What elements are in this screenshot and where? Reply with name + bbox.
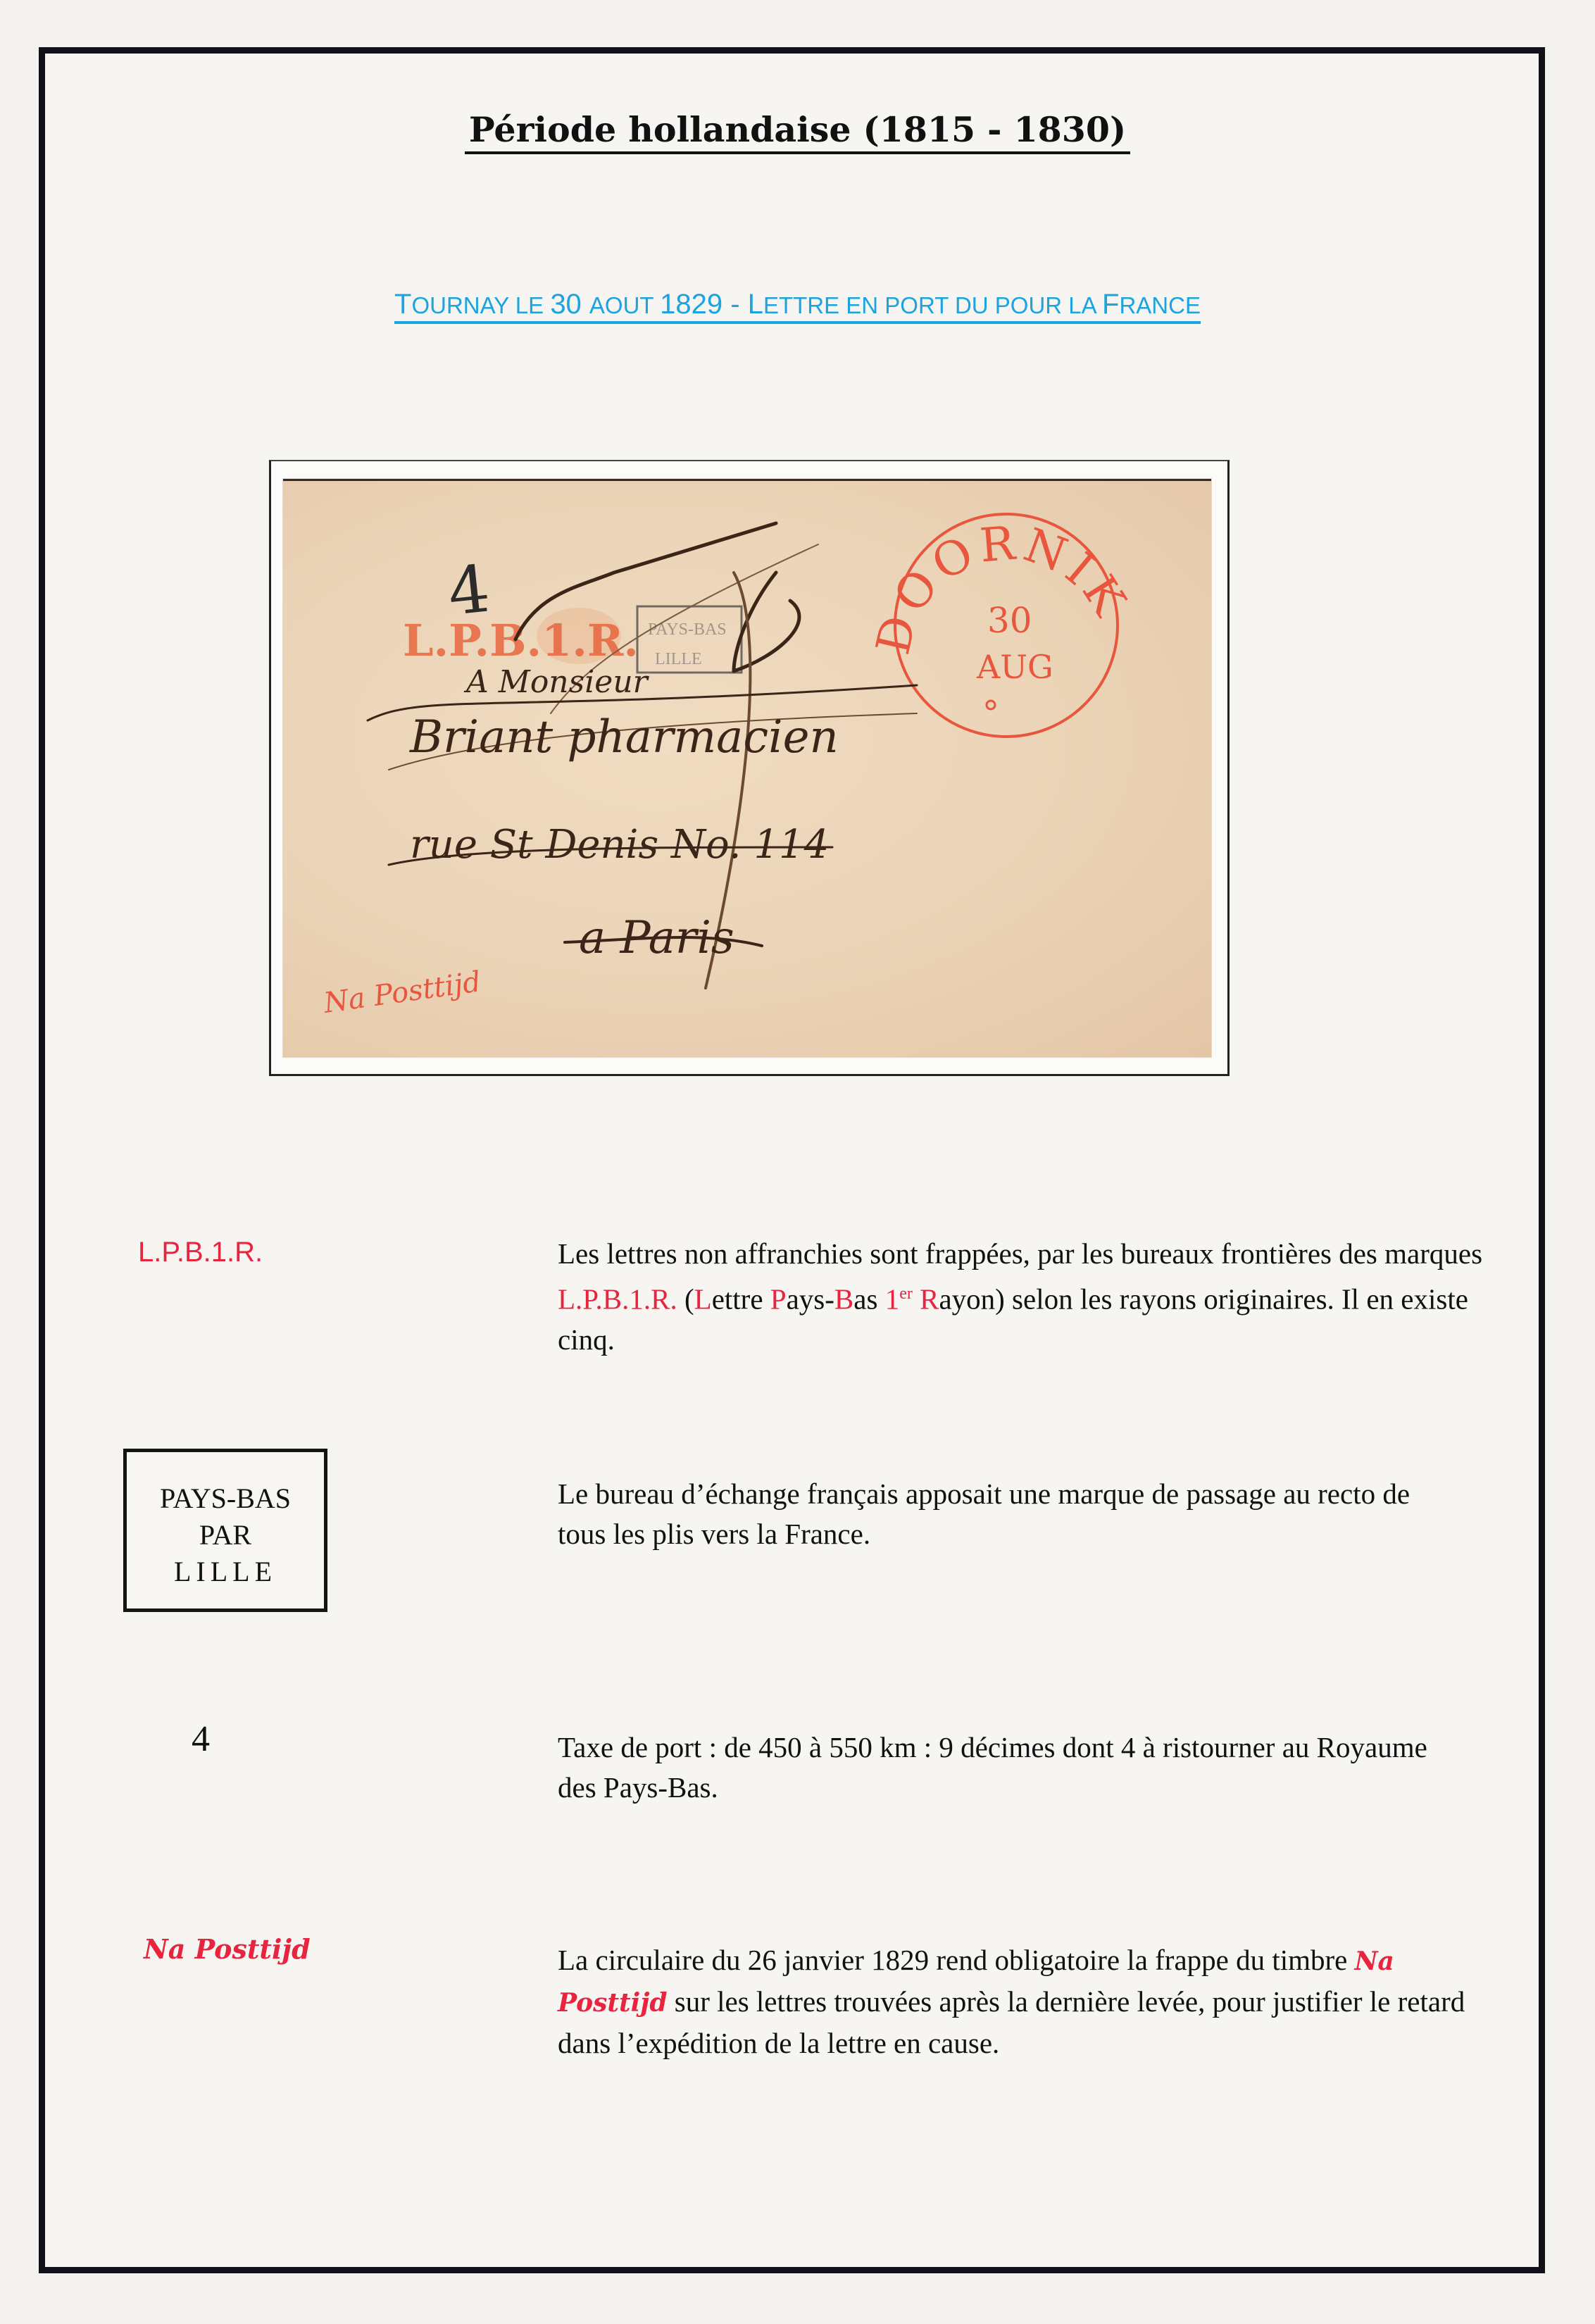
box-line-2: PAR <box>127 1517 324 1554</box>
svg-text:PAYS-BAS: PAYS-BAS <box>648 620 727 639</box>
page-title-text: Période hollandaise (1815 - 1830) <box>465 109 1130 154</box>
na-posttijd-description: La circulaire du 26 janvier 1829 rend ob… <box>558 1940 1501 2063</box>
letter-mount: 4 L.P.B.1.R. PAYS-BAS LILLE DOORNIK 30 A… <box>269 460 1230 1076</box>
letter-cover-image: 4 L.P.B.1.R. PAYS-BAS LILLE DOORNIK 30 A… <box>283 479 1211 1057</box>
svg-text:rue St Denis No. 114: rue St Denis No. 114 <box>410 822 829 868</box>
tax-label: 4 <box>192 1718 210 1760</box>
transit-description: Le bureau d’échange français apposait un… <box>558 1474 1459 1554</box>
box-line-1: PAYS-BAS <box>127 1480 324 1517</box>
na-posttijd-label: Na Posttijd <box>144 1933 311 1965</box>
letter-subtitle: TOURNAY LE 30 AOUT 1829 - LETTRE EN PORT… <box>0 289 1595 320</box>
letter-drawing: 4 L.P.B.1.R. PAYS-BAS LILLE DOORNIK 30 A… <box>283 481 1211 1057</box>
lpb-stamp: L.P.B.1.R. <box>403 615 639 666</box>
svg-text:AUG: AUG <box>976 648 1053 686</box>
svg-text:A Monsieur: A Monsieur <box>463 664 650 700</box>
doornik-postmark: DOORNIK 30 AUG <box>865 514 1138 737</box>
pays-bas-par-lille-box: PAYS-BAS PAR LILLE <box>123 1449 327 1612</box>
svg-text:Briant pharmacien: Briant pharmacien <box>409 711 839 763</box>
svg-text:30: 30 <box>987 600 1032 641</box>
svg-text:LILLE: LILLE <box>655 650 702 668</box>
svg-text:a Paris: a Paris <box>579 912 734 964</box>
lpb-label: L.P.B.1.R. <box>138 1237 263 1268</box>
box-line-3: LILLE <box>127 1554 324 1590</box>
letter-subtitle-text: TOURNAY LE 30 AOUT 1829 - LETTRE EN PORT… <box>394 289 1201 324</box>
tax-description: Taxe de port : de 450 à 550 km : 9 décim… <box>558 1728 1438 1808</box>
na-posttijd-stamp: Na Posttijd <box>321 966 483 1020</box>
lpb-description: Les lettres non affranchies sont frappée… <box>558 1234 1501 1360</box>
page-title: Période hollandaise (1815 - 1830) <box>0 109 1595 150</box>
